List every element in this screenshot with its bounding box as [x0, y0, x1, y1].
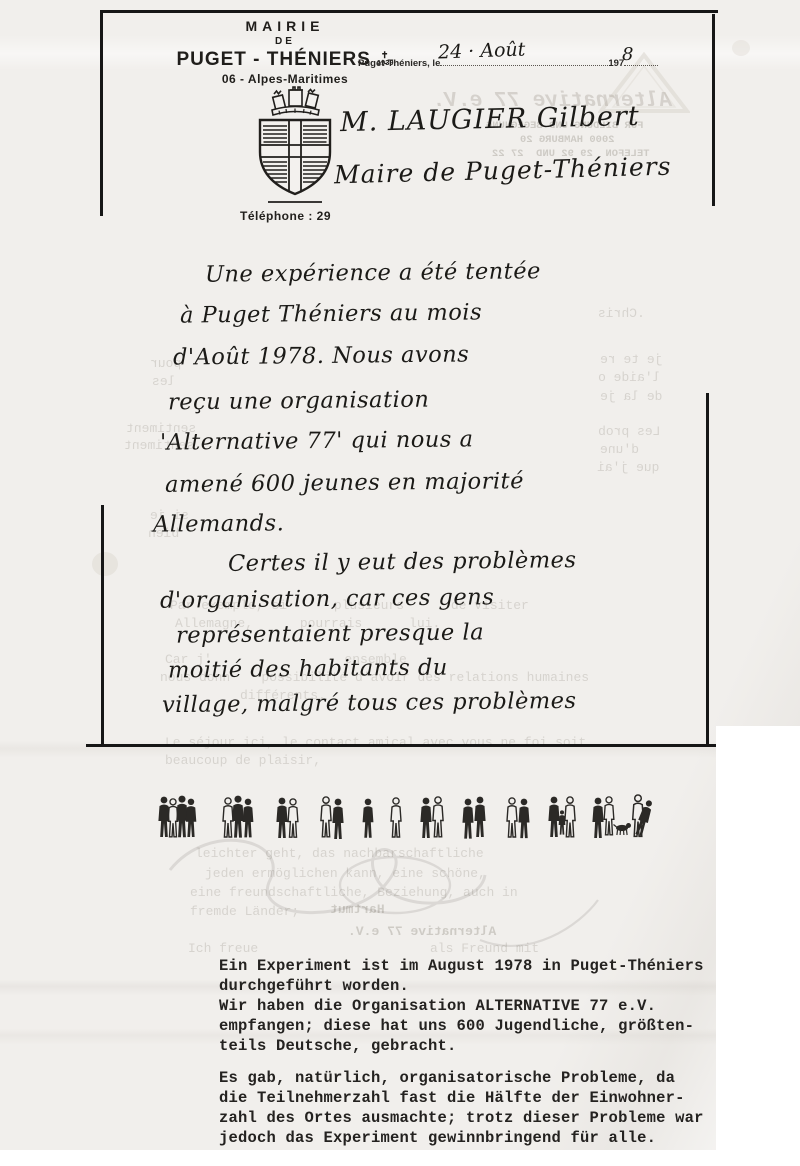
typed-line: teils Deutsche, gebracht. — [219, 1036, 704, 1056]
handwritten-date: 24 · Août — [438, 38, 526, 63]
typed-line: die Teilnehmerzahl fast die Hälfte der E… — [219, 1088, 704, 1108]
typed-line: empfangen; diese hat uns 600 Jugendliche… — [219, 1016, 704, 1036]
coat-of-arms-icon — [252, 86, 338, 198]
handwritten-line: reçu une organisation — [168, 387, 430, 416]
frame-border-left — [101, 505, 104, 747]
faint-scribble — [150, 830, 610, 970]
handwritten-line: Allemands. — [153, 510, 285, 537]
bleedthrough-text: que j'ai — [597, 460, 659, 475]
bleedthrough-text: les — [152, 374, 175, 389]
bleedthrough-text: d'une — [600, 442, 639, 457]
handwritten-line: d'Août 1978. Nous avons — [173, 341, 470, 370]
telephone-line: Téléphone : 29 — [240, 209, 331, 223]
scanned-letter-page: Alternative 77 e.V. FÜR BILDUNG UND BEGE… — [0, 0, 800, 1166]
scan-background-bottom — [0, 1150, 800, 1166]
frame-border-right — [706, 393, 709, 747]
typed-line: jedoch das Experiment gewinnbringend für… — [219, 1128, 704, 1148]
frame-border-right — [712, 14, 715, 206]
handwritten-line: d'organisation, car ces gens — [160, 584, 494, 613]
typed-line: Wir haben die Organisation ALTERNATIVE 7… — [219, 996, 704, 1016]
letterhead-de: DE — [120, 36, 450, 47]
typed-line: Es gab, natürlich, organisatorische Prob… — [219, 1068, 704, 1088]
letterhead-department: 06 - Alpes-Maritimes — [120, 72, 450, 86]
paper-stain — [732, 40, 750, 56]
bleedthrough-text: beaucoup de plaisir, — [165, 753, 321, 768]
typed-line: zahl des Ortes ausmachte; trotz dieser P… — [219, 1108, 704, 1128]
typed-line: durchgeführt worden. — [219, 976, 704, 996]
letterhead: MAIRIE DE PUGET - THÉNIERS✝1939 06 - Alp… — [120, 18, 450, 86]
typed-paragraph: Ein Experiment ist im August 1978 in Pug… — [219, 956, 704, 1056]
paper-stain — [92, 552, 118, 576]
bleedthrough-text: Les prob — [598, 424, 660, 439]
frame-border-left — [100, 10, 103, 216]
typed-line: Ein Experiment ist im August 1978 in Pug… — [219, 956, 704, 976]
telephone-divider — [268, 201, 322, 203]
bleedthrough-text: Le séjour ici, le contact amical avec vo… — [165, 735, 586, 750]
sender-name: M. LAUGIER Gilbert — [340, 101, 640, 138]
bleedthrough-text: l'aide o — [598, 370, 660, 385]
bleedthrough-text: 2000 HAMBURG 20 — [520, 134, 615, 146]
dateline-printed-place: Puget-Théniers, le — [358, 58, 440, 69]
typed-translation: Ein Experiment ist im August 1978 in Pug… — [219, 956, 704, 1148]
handwritten-line: 'Alternative 77' qui nous a — [160, 426, 474, 455]
handwritten-line: représentaient presque la — [176, 619, 484, 648]
handwritten-year-digit: 8 — [622, 44, 633, 65]
typed-paragraph: Es gab, natürlich, organisatorische Prob… — [219, 1068, 704, 1148]
handwritten-line: Certes il y eut des problèmes — [228, 547, 577, 577]
bleedthrough-text: de la je — [600, 389, 662, 404]
bleedthrough-text: je te re — [600, 352, 662, 367]
handwritten-line: Une expérience a été tentée — [205, 258, 541, 288]
handwritten-line: à Puget Théniers au mois — [180, 299, 482, 328]
handwritten-line: moitié des habitants du — [168, 655, 448, 684]
frame-border-top — [100, 10, 718, 13]
handwritten-line: village, malgré tous ces problèmes — [162, 688, 577, 718]
people-illustration — [150, 786, 655, 844]
handwritten-line: amené 600 jeunes en majorité — [165, 468, 524, 498]
frame-border-bottom — [86, 744, 718, 747]
bleedthrough-text: .Chris — [598, 306, 645, 321]
scan-background-right — [716, 726, 800, 1166]
letterhead-mairie: MAIRIE — [120, 18, 450, 34]
